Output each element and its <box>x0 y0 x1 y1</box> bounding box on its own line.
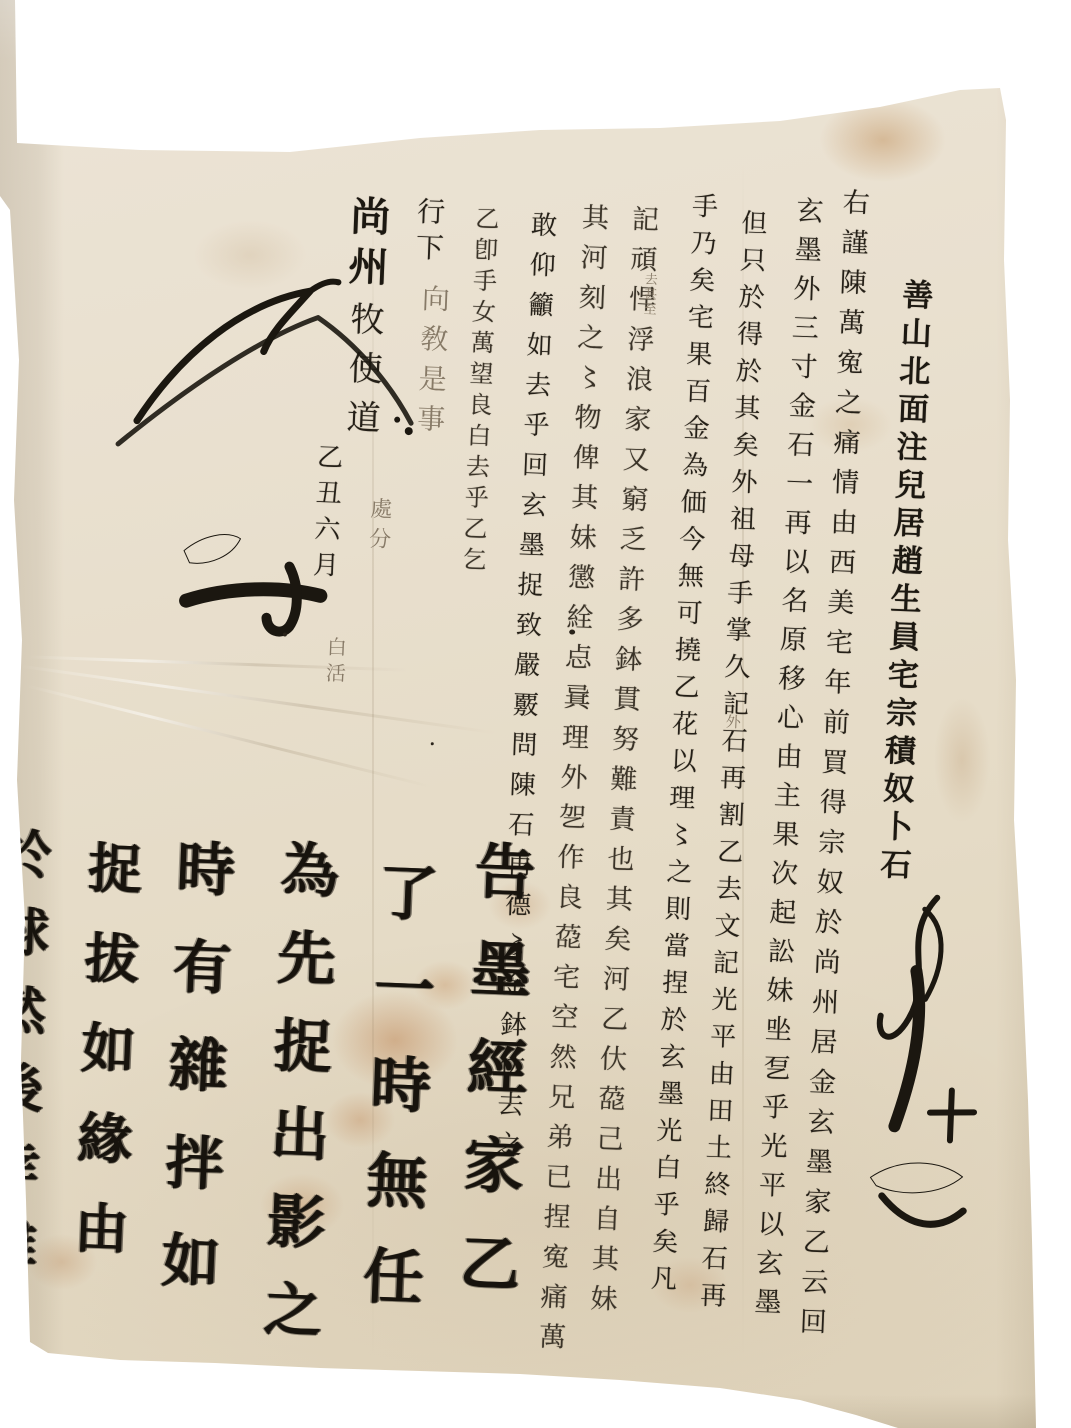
closing-column-appeal: 乙卽手女萬望良白去乎乙乞 <box>459 205 497 578</box>
ink-speck <box>431 742 434 745</box>
title-column: 善山北面注兒居趙生員宅宗積奴卜石 <box>876 278 930 887</box>
ink-layer: 善山北面注兒居趙生員宅宗積奴卜石 右謹陳萬寃之痛情由西美宅年前買得宗奴於尚州居金… <box>0 0 1071 1428</box>
paper-sheet: 善山北面注兒居趙生員宅宗積奴卜石 右謹陳萬寃之痛情由西美宅年前買得宗奴於尚州居金… <box>0 0 1071 1428</box>
judgment-column-4: 時有雜拌如 <box>154 837 231 1329</box>
signature-flourish <box>826 876 996 1287</box>
photo-background: 善山北面注兒居趙生員宅宗積奴卜石 右謹陳萬寃之痛情由西美宅年前買得宗奴於尚州居金… <box>0 0 1071 1428</box>
interlinear-note-2: 去甚至 <box>641 272 656 317</box>
interlinear-note-1: 外 <box>725 713 741 729</box>
judgment-column-6: 扵捄然後幸雜 <box>0 826 47 1296</box>
judgment-column-5: 捉拔如緣由 <box>68 839 139 1291</box>
judgment-column-2: 了一時無任 <box>356 860 434 1342</box>
disposition-mark: 處分 <box>366 497 390 558</box>
docket-mark: 白活 <box>324 636 346 689</box>
bold-seal-mark <box>169 520 343 641</box>
judgment-column-3: 為先捉出影之 <box>257 838 335 1368</box>
judgment-column-1: 告墨經家乙 <box>452 839 531 1331</box>
official-sign-flourish <box>108 262 425 464</box>
closing-column-haengha: 行下 <box>413 196 444 269</box>
